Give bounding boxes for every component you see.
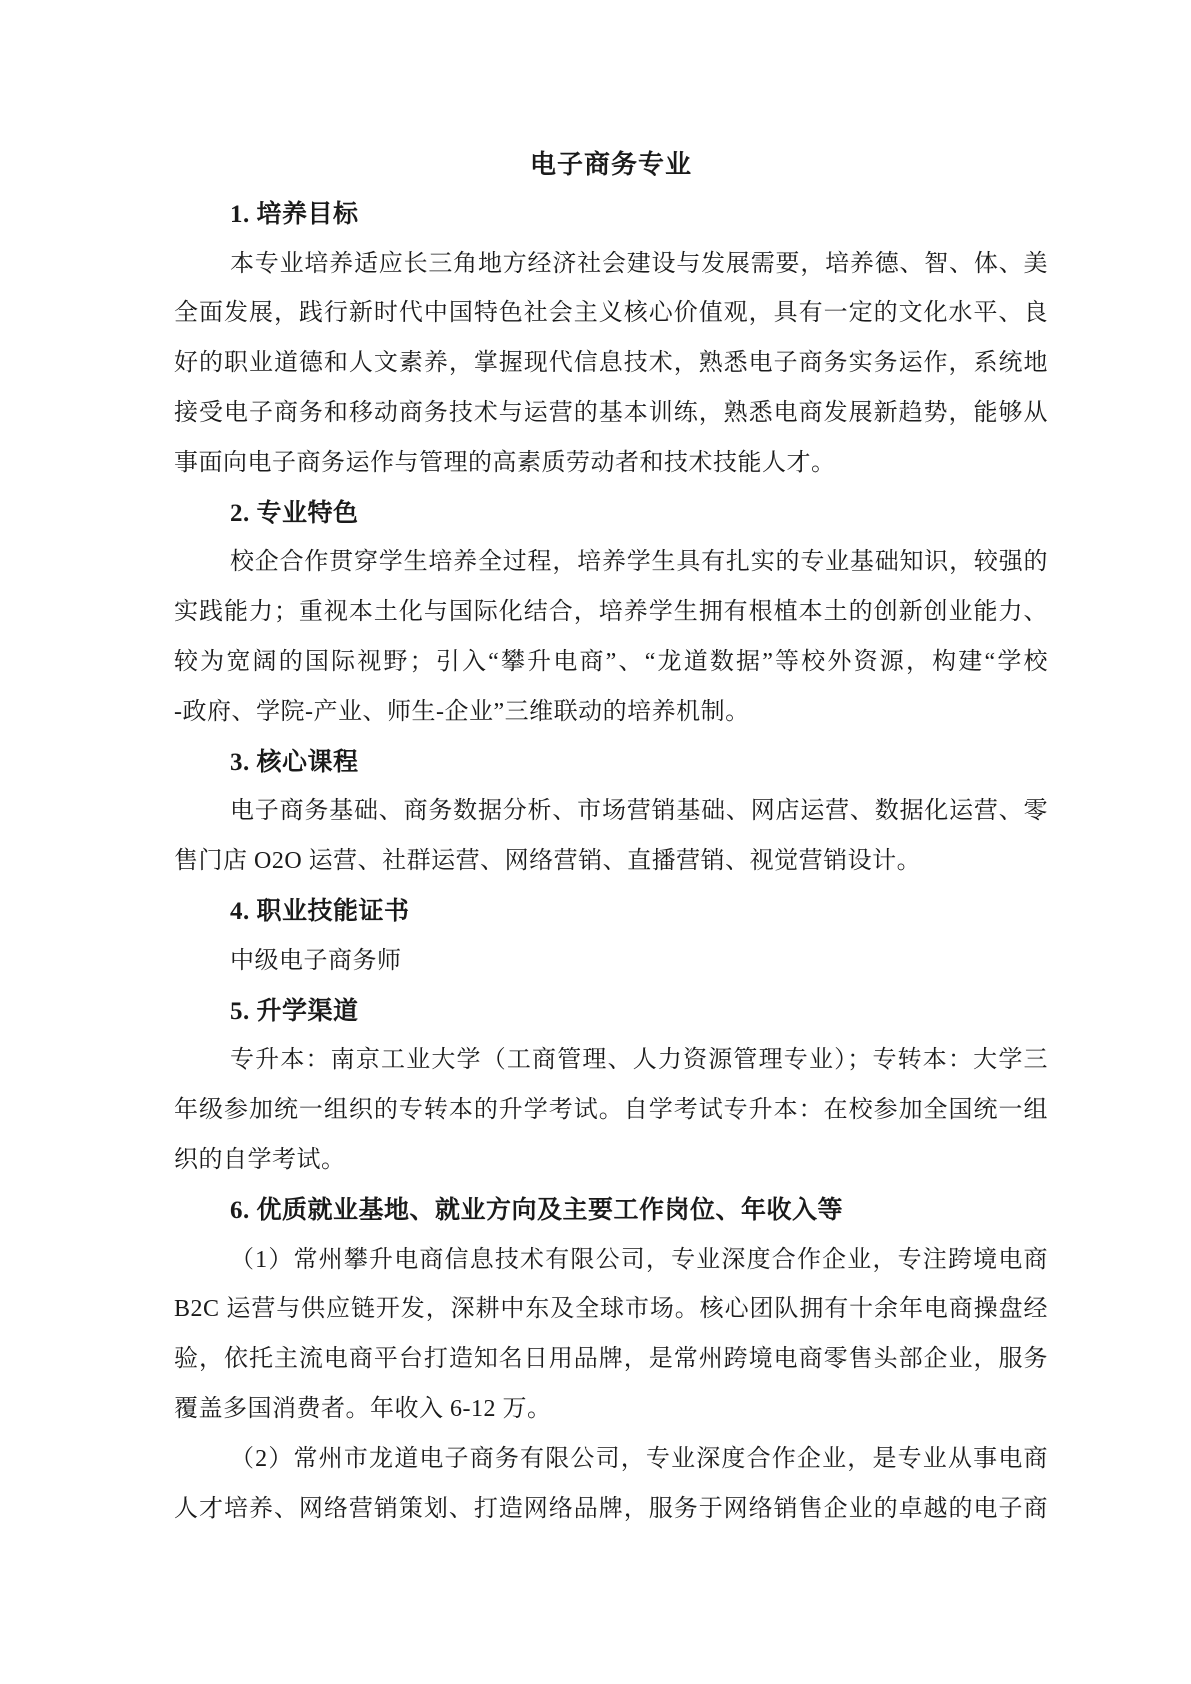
paragraph-line: 校企合作贯穿学生培养全过程，培养学生具有扎实的专业基础知识，较强的 [174,538,1048,588]
section-heading: 4. 职业技能证书 [174,887,1048,937]
paragraph-line: -政府、学院-产业、师生-企业”三维联动的培养机制。 [174,688,1048,738]
document-content: 电子商务专业 1. 培养目标本专业培养适应长三角地方经济社会建设与发展需要，培养… [174,140,1048,1534]
document-page: 电子商务专业 1. 培养目标本专业培养适应长三角地方经济社会建设与发展需要，培养… [0,0,1191,1684]
paragraph-line: 售门店 O2O 运营、社群运营、网络营销、直播营销、视觉营销设计。 [174,837,1048,887]
paragraph-line: B2C 运营与供应链开发，深耕中东及全球市场。核心团队拥有十余年电商操盘经 [174,1285,1048,1335]
paragraph-line: 事面向电子商务运作与管理的高素质劳动者和技术技能人才。 [174,439,1048,489]
paragraph-line: 验，依托主流电商平台打造知名日用品牌，是常州跨境电商零售头部企业，服务 [174,1335,1048,1385]
document-body: 1. 培养目标本专业培养适应长三角地方经济社会建设与发展需要，培养德、智、体、美… [174,190,1048,1535]
paragraph-line: 中级电子商务师 [174,937,1048,987]
paragraph-line: 本专业培养适应长三角地方经济社会建设与发展需要，培养德、智、体、美 [174,240,1048,290]
section-heading: 2. 专业特色 [174,489,1048,539]
document-title: 电子商务专业 [174,140,1048,190]
paragraph-line: 好的职业道德和人文素养，掌握现代信息技术，熟悉电子商务实务运作，系统地 [174,339,1048,389]
section-heading: 6. 优质就业基地、就业方向及主要工作岗位、年收入等 [174,1186,1048,1236]
paragraph-line: （1）常州攀升电商信息技术有限公司，专业深度合作企业，专注跨境电商 [174,1236,1048,1286]
paragraph-line: 人才培养、网络营销策划、打造网络品牌，服务于网络销售企业的卓越的电子商 [174,1485,1048,1535]
paragraph-line: 电子商务基础、商务数据分析、市场营销基础、网店运营、数据化运营、零 [174,787,1048,837]
paragraph-line: 实践能力；重视本土化与国际化结合，培养学生拥有根植本土的创新创业能力、 [174,588,1048,638]
paragraph-line: 覆盖多国消费者。年收入 6-12 万。 [174,1385,1048,1435]
paragraph-line: 全面发展，践行新时代中国特色社会主义核心价值观，具有一定的文化水平、良 [174,289,1048,339]
paragraph-line: 专升本：南京工业大学（工商管理、人力资源管理专业）；专转本：大学三 [174,1036,1048,1086]
section-heading: 5. 升学渠道 [174,987,1048,1037]
section-heading: 3. 核心课程 [174,738,1048,788]
section-heading: 1. 培养目标 [174,190,1048,240]
paragraph-line: （2）常州市龙道电子商务有限公司，专业深度合作企业，是专业从事电商 [174,1435,1048,1485]
paragraph-line: 年级参加统一组织的专转本的升学考试。自学考试专升本：在校参加全国统一组 [174,1086,1048,1136]
paragraph-line: 织的自学考试。 [174,1136,1048,1186]
paragraph-line: 接受电子商务和移动商务技术与运营的基本训练，熟悉电商发展新趋势，能够从 [174,389,1048,439]
paragraph-line: 较为宽阔的国际视野；引入“攀升电商”、“龙道数据”等校外资源，构建“学校 [174,638,1048,688]
